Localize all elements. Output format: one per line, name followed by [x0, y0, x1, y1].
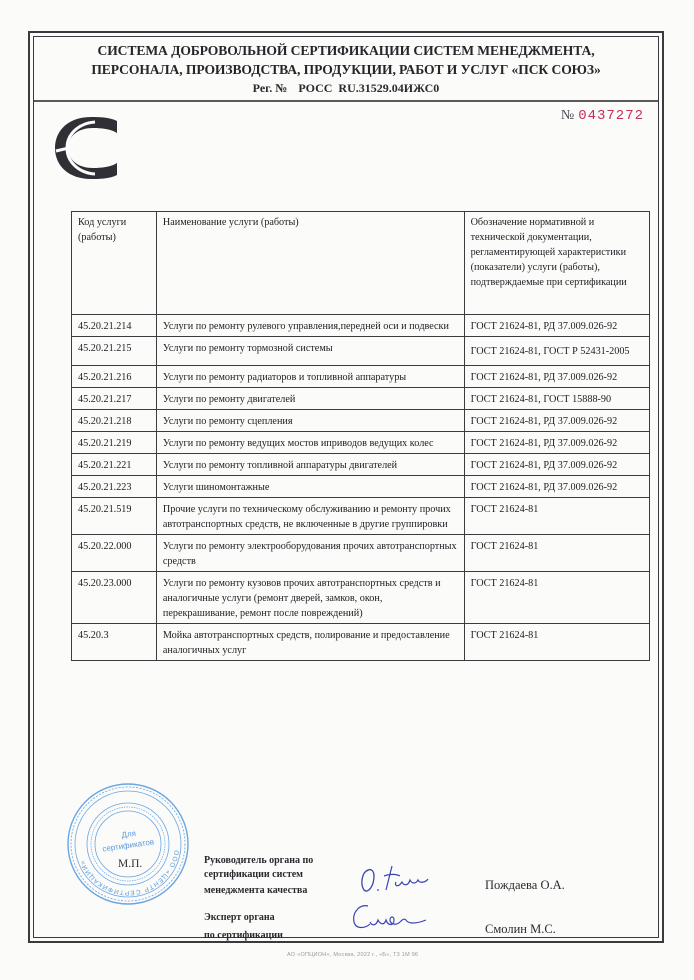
system-title-line1: СИСТЕМА ДОБРОВОЛЬНОЙ СЕРТИФИКАЦИИ СИСТЕМ… — [34, 41, 658, 60]
stamp-center-line1: Для — [121, 829, 137, 840]
header-code: Код услуги (работы) — [72, 212, 157, 315]
cc-certification-logo-icon — [53, 117, 123, 179]
svg-text:ООО «ЦЕНТР СЕРТИФИКАЦИИ»: ООО «ЦЕНТР СЕРТИФИКАЦИИ» — [79, 850, 180, 897]
printer-imprint: АО «ОПЦИОН», Москва, 2022 г., «Б», Т3 1М… — [287, 952, 418, 958]
reg-label: Рег. № — [253, 81, 288, 95]
service-name-cell: Услуги по ремонту электрооборудования пр… — [156, 535, 464, 572]
expert-name: Смолин М.С. — [485, 922, 556, 937]
service-code-cell: 45.20.21.221 — [72, 454, 157, 476]
service-code-cell: 45.20.22.000 — [72, 535, 157, 572]
service-code-cell: 45.20.21.519 — [72, 498, 157, 535]
table-row: 45.20.23.000Услуги по ремонту кузовов пр… — [72, 572, 650, 624]
reg-value: РОСС RU.31529.04ИЖС0 — [298, 81, 439, 95]
service-name-cell: Услуги по ремонту тормозной системы — [156, 337, 464, 366]
service-doc-cell: ГОСТ 21624-81, РД 37.009.026-92 — [464, 432, 649, 454]
service-name-cell: Услуги по ремонту топливной аппаратуры д… — [156, 454, 464, 476]
service-doc-cell: ГОСТ 21624-81, РД 37.009.026-92 — [464, 454, 649, 476]
certificate-header: СИСТЕМА ДОБРОВОЛЬНОЙ СЕРТИФИКАЦИИ СИСТЕМ… — [34, 37, 658, 102]
table-row: 45.20.22.000Услуги по ремонту электрообо… — [72, 535, 650, 572]
service-doc-cell: ГОСТ 21624-81, ГОСТ 15888-90 — [464, 388, 649, 410]
stamp-ring-text: ООО «ЦЕНТР СЕРТИФИКАЦИИ» — [79, 850, 180, 897]
table-row: 45.20.21.217Услуги по ремонту двигателей… — [72, 388, 650, 410]
stamp-center-line2: сертификатов — [102, 837, 155, 853]
service-doc-cell: ГОСТ 21624-81, РД 37.009.026-92 — [464, 476, 649, 498]
seal-place-label: М.П. — [118, 858, 142, 870]
service-code-cell: 45.20.3 — [72, 624, 157, 661]
service-doc-cell: ГОСТ 21624-81 — [464, 572, 649, 624]
service-name-cell: Услуги по ремонту радиаторов и топливной… — [156, 366, 464, 388]
number-value: 0437272 — [578, 108, 644, 124]
service-name-cell: Услуги шиномонтажные — [156, 476, 464, 498]
table-row: 45.20.21.519Прочие услуги по техническом… — [72, 498, 650, 535]
table-row: 45.20.3Мойка автотранспортных средств, п… — [72, 624, 650, 661]
table-row: 45.20.21.219Услуги по ремонту ведущих мо… — [72, 432, 650, 454]
service-code-cell: 45.20.21.217 — [72, 388, 157, 410]
registration-number: Рег. № РОСС RU.31529.04ИЖС0 — [34, 79, 658, 97]
system-title-line2: ПЕРСОНАЛА, ПРОИЗВОДСТВА, ПРОДУКЦИИ, РАБО… — [34, 60, 658, 79]
service-doc-cell: ГОСТ 21624-81 — [464, 624, 649, 661]
service-doc-cell: ГОСТ 21624-81 — [464, 498, 649, 535]
service-code-cell: 45.20.21.218 — [72, 410, 157, 432]
table-header-row: Код услуги (работы) Наименование услуги … — [72, 212, 650, 315]
service-doc-cell: ГОСТ 21624-81, ГОСТ Р 52431-2005 — [464, 337, 649, 366]
head-signature — [358, 862, 438, 896]
service-name-cell: Услуги по ремонту ведущих мостов ипривод… — [156, 432, 464, 454]
header-doc: Обозначение нормативной и технической до… — [464, 212, 649, 315]
service-code-cell: 45.20.21.216 — [72, 366, 157, 388]
number-sign: № — [561, 108, 574, 123]
service-code-cell: 45.20.21.214 — [72, 315, 157, 337]
table-row: 45.20.21.223Услуги шиномонтажныеГОСТ 216… — [72, 476, 650, 498]
service-name-cell: Услуги по ремонту кузовов прочих автотра… — [156, 572, 464, 624]
certificate-number: №0437272 — [561, 108, 644, 124]
service-doc-cell: ГОСТ 21624-81, РД 37.009.026-92 — [464, 410, 649, 432]
service-name-cell: Мойка автотранспортных средств, полирова… — [156, 624, 464, 661]
service-name-cell: Прочие услуги по техническому обслуживан… — [156, 498, 464, 535]
certification-stamp: ООО «ЦЕНТР СЕРТИФИКАЦИИ» Для сертификато… — [66, 782, 190, 906]
service-code-cell: 45.20.21.219 — [72, 432, 157, 454]
service-name-cell: Услуги по ремонту рулевого управления,пе… — [156, 315, 464, 337]
service-code-cell: 45.20.23.000 — [72, 572, 157, 624]
service-doc-cell: ГОСТ 21624-81, РД 37.009.026-92 — [464, 315, 649, 337]
service-name-cell: Услуги по ремонту двигателей — [156, 388, 464, 410]
head-name: Пождаева О.А. — [485, 878, 565, 893]
table-row: 45.20.21.214Услуги по ремонту рулевого у… — [72, 315, 650, 337]
table-row: 45.20.21.218Услуги по ремонту сцепленияГ… — [72, 410, 650, 432]
service-doc-cell: ГОСТ 21624-81, РД 37.009.026-92 — [464, 366, 649, 388]
expert-role: Эксперт органа по сертификации — [204, 911, 283, 943]
service-name-cell: Услуги по ремонту сцепления — [156, 410, 464, 432]
service-code-cell: 45.20.21.215 — [72, 337, 157, 366]
head-role: Руководитель органа по сертификации сист… — [204, 854, 313, 898]
table-row: 45.20.21.216Услуги по ремонту радиаторов… — [72, 366, 650, 388]
table-row: 45.20.21.215Услуги по ремонту тормозной … — [72, 337, 650, 366]
table-row: 45.20.21.221Услуги по ремонту топливной … — [72, 454, 650, 476]
service-code-cell: 45.20.21.223 — [72, 476, 157, 498]
services-table: Код услуги (работы) Наименование услуги … — [71, 211, 650, 661]
expert-signature — [350, 900, 430, 934]
header-name: Наименование услуги (работы) — [156, 212, 464, 315]
service-doc-cell: ГОСТ 21624-81 — [464, 535, 649, 572]
